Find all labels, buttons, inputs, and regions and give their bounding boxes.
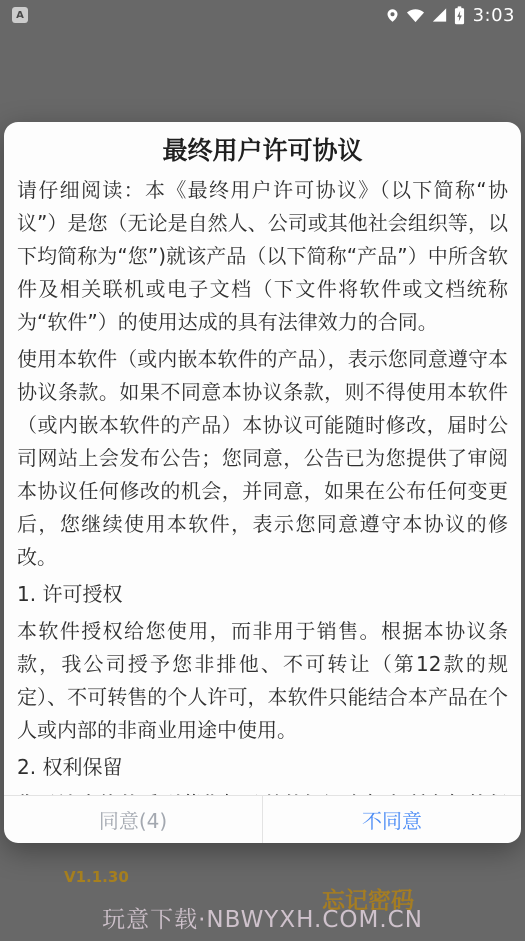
site-watermark: 玩意下载·NBWYXH.COM.CN [0,901,525,934]
app-version-label: V1.1.30 [64,868,129,886]
status-bar-right: 3:03 [385,5,515,26]
eula-section-heading-2: 2. 权利保留 [17,751,508,784]
eula-paragraph-rights: 您承认本软件受到著作权及其他知识产权和所有权的保护。我公司及其第三方许可人（以下… [17,788,508,795]
status-bar-time: 3:03 [473,5,515,26]
eula-dialog: 最终用户许可协议 请仔细阅读：本《最终用户许可协议》（以下简称“协议”）是您（无… [4,122,521,843]
dialog-action-bar: 同意(4) 不同意 [4,795,521,843]
status-bar: A 3:03 [0,0,525,30]
eula-section-heading-1: 1. 许可授权 [17,578,508,611]
eula-text-scroll-area[interactable]: 请仔细阅读：本《最终用户许可协议》（以下简称“协议”）是您（无论是自然人、公司或… [4,168,521,795]
location-icon [385,6,400,25]
eula-paragraph-acceptance: 使用本软件（或内嵌本软件的产品），表示您同意遵守本协议条款。如果不同意本协议条款… [17,343,508,574]
eula-paragraph-intro: 请仔细阅读：本《最终用户许可协议》（以下简称“协议”）是您（无论是自然人、公司或… [17,174,508,339]
cell-signal-icon [431,7,448,23]
app-screen: A 3:03 V1.1.30 忘记密码 玩意下载·NBWYXH.COM.CN 最… [0,0,525,941]
notification-badge-icon: A [12,7,28,23]
battery-charging-icon [454,6,465,25]
wifi-icon [406,7,425,23]
dialog-title: 最终用户许可协议 [4,122,521,168]
agree-button[interactable]: 同意(4) [4,796,262,843]
disagree-button[interactable]: 不同意 [263,796,521,843]
eula-paragraph-license: 本软件授权给您使用，而非用于销售。根据本协议条款，我公司授予您非排他、不可转让（… [17,615,508,747]
